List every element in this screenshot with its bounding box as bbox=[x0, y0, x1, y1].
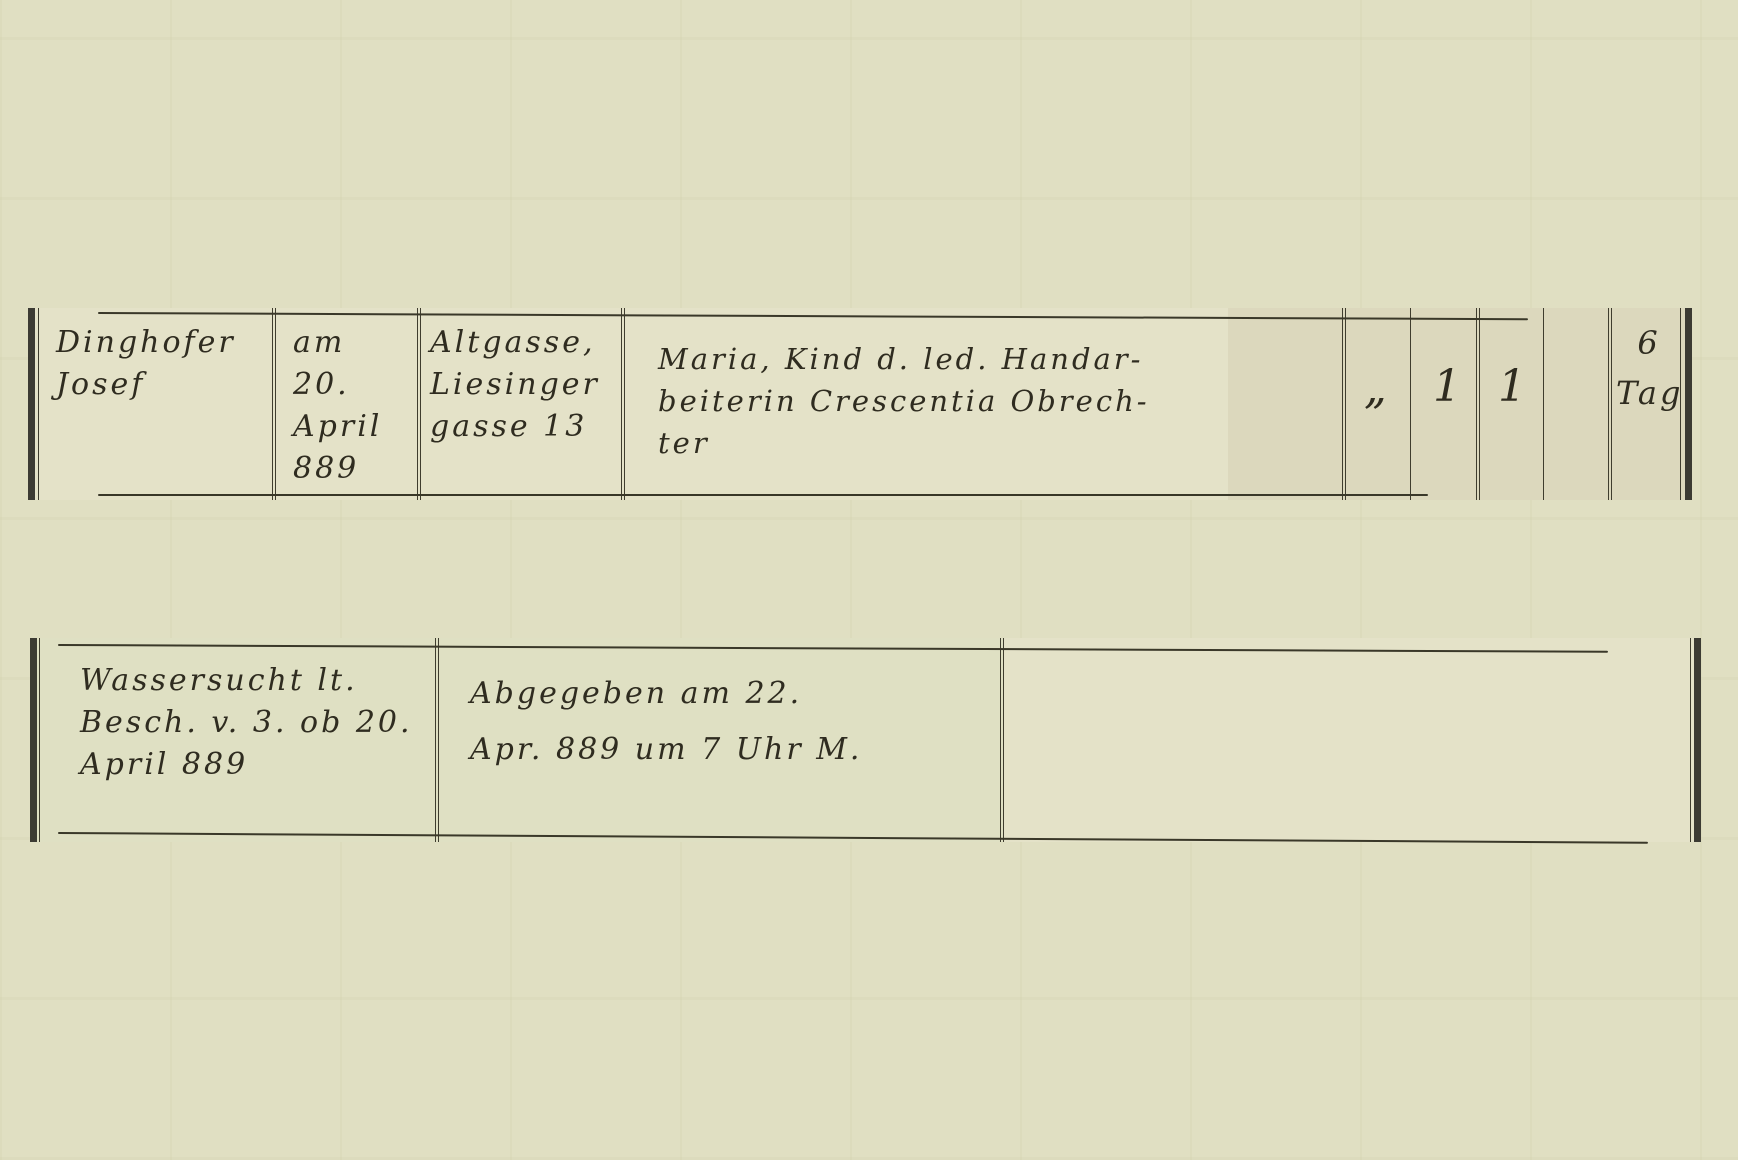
left-border-inner bbox=[39, 638, 40, 842]
register-row-1: Dinghofer Josef am 20. April 889 Altgass… bbox=[28, 308, 1692, 500]
column-divider-2 bbox=[417, 308, 421, 500]
left-border-inner bbox=[38, 308, 39, 500]
column-divider-8 bbox=[1608, 308, 1612, 500]
column-divider-4 bbox=[1342, 308, 1346, 500]
column-divider-1 bbox=[272, 308, 276, 500]
cell-ditto: „ bbox=[1364, 368, 1404, 410]
right-border-inner bbox=[1690, 638, 1691, 842]
bottom-rule bbox=[98, 494, 1428, 496]
left-border bbox=[30, 638, 37, 842]
left-border bbox=[28, 308, 35, 500]
column-divider-7 bbox=[1543, 308, 1544, 500]
column-divider-1 bbox=[435, 638, 439, 842]
cell-cause-of-death: Wassersucht lt. Besch. v. 3. ob 20. Apri… bbox=[80, 660, 430, 786]
cell-age: 6 Tag bbox=[1616, 318, 1682, 418]
cell-count-1: 1 bbox=[1433, 366, 1473, 408]
cell-description: Maria, Kind d. led. Handar- beiterin Cre… bbox=[658, 338, 1338, 464]
column-divider-3 bbox=[621, 308, 625, 500]
cell-delivery-note: Abgegeben am 22. Apr. 889 um 7 Uhr M. bbox=[470, 666, 990, 778]
column-divider-2 bbox=[1000, 638, 1004, 842]
cell-address: Altgasse, Liesinger gasse 13 bbox=[430, 322, 620, 448]
right-border bbox=[1685, 308, 1692, 500]
register-row-2: Wassersucht lt. Besch. v. 3. ob 20. Apri… bbox=[30, 638, 1700, 842]
column-divider-6 bbox=[1476, 308, 1480, 500]
right-border bbox=[1694, 638, 1701, 842]
paper-background bbox=[0, 0, 1738, 1160]
cell-count-2: 1 bbox=[1498, 366, 1538, 408]
cell-name: Dinghofer Josef bbox=[56, 322, 270, 406]
cell-date: am 20. April 889 bbox=[293, 322, 413, 490]
column-divider-5 bbox=[1410, 308, 1411, 500]
